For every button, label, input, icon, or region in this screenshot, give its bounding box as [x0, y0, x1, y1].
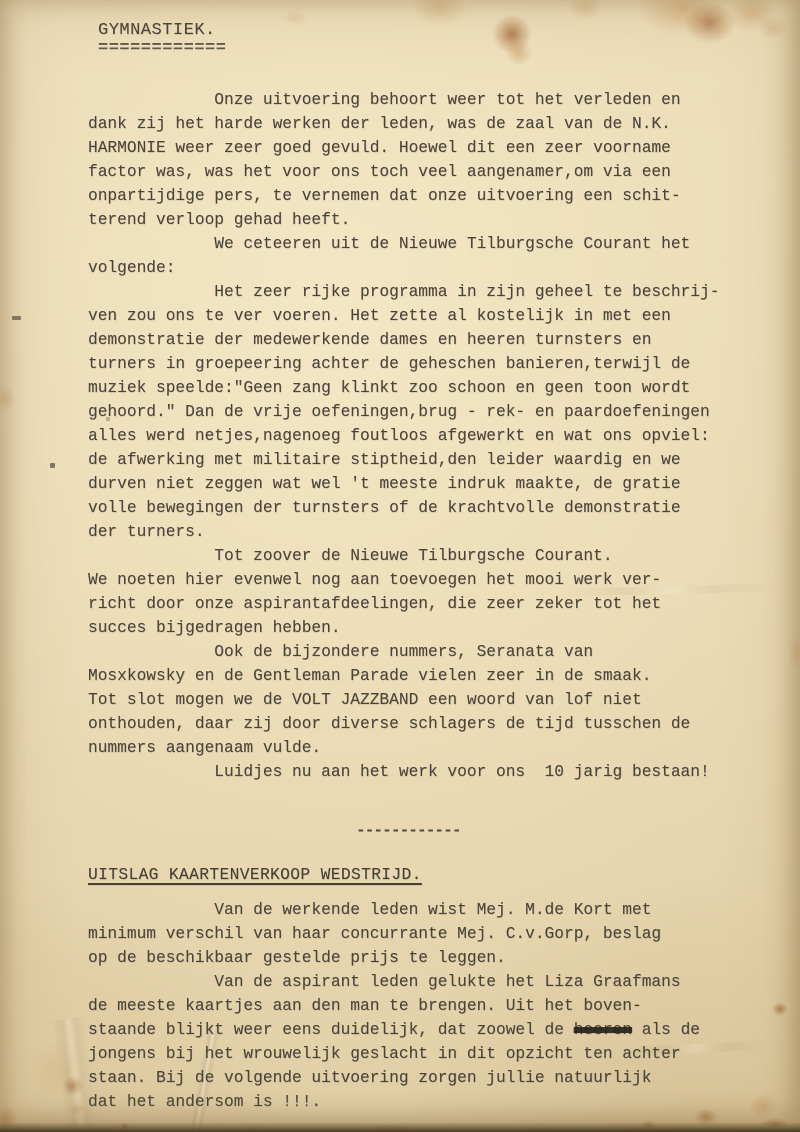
stain-mark: [760, 1118, 790, 1130]
scanned-document: { "document": { "section1": { "title": "…: [0, 0, 800, 1132]
section-divider: ------------: [356, 822, 461, 840]
stain-mark: [240, 1122, 270, 1130]
stain-mark: [360, 1124, 420, 1132]
section2-title: UITSLAG KAARTENVERKOOP WEDSTRIJD.: [88, 866, 422, 884]
text-line: ven zou ons te ver voeren. Het zette al …: [88, 304, 719, 328]
text-line: de meeste kaartjes aan den man te brenge…: [88, 994, 700, 1018]
stain-mark: [30, 1040, 80, 1100]
text-line: staan. Bij de volgende uitvoering zorgen…: [88, 1066, 700, 1090]
text-line: Het zeer rijke programma in zijn geheel …: [88, 280, 719, 304]
stain-mark: [0, 1105, 18, 1132]
stain-mark: [62, 1076, 84, 1096]
stain-mark: [505, 40, 533, 66]
text-line: terend verloop gehad heeft.: [88, 208, 719, 232]
text-line: jongens bij het wrouwelijk geslacht in d…: [88, 1042, 700, 1066]
text-line: HARMONIE weer zeer goed gevuld. Hoewel d…: [88, 136, 719, 160]
text-line: Van de werkende leden wist Mej. M.de Kor…: [88, 898, 700, 922]
text-line: We ceteeren uit de Nieuwe Tilburgsche Co…: [88, 232, 719, 256]
text-line: durven niet zeggen wat wel 't meeste ind…: [88, 472, 719, 496]
text-line: gehoord." Dan de vrije oefeningen,brug -…: [88, 400, 719, 424]
dirt-mark: [12, 316, 21, 320]
stain-mark: [788, 636, 800, 670]
text-line: We noeten hier evenwel nog aan toevoegen…: [88, 568, 719, 592]
paper-bottom-edge: [0, 1122, 800, 1132]
stain-mark: [120, 1122, 130, 1130]
dirt-mark: [50, 463, 55, 468]
stain-mark: [492, 14, 532, 54]
text-line: alles werd netjes,nagenoeg foutloos afge…: [88, 424, 719, 448]
text-line: Tot slot mogen we de VOLT JAZZBAND een w…: [88, 688, 719, 712]
text-line: demonstratie der medewerkende dames en h…: [88, 328, 719, 352]
stain-mark: [684, 2, 736, 44]
text-line: Luidjes nu aan het werk voor ons 10 jari…: [88, 760, 719, 784]
text-line: dank zij het harde werken der leden, was…: [88, 112, 719, 136]
stain-mark: [412, 0, 467, 26]
text-line: factor was, was het voor ons toch veel a…: [88, 160, 719, 184]
text-line: der turners.: [88, 520, 719, 544]
stain-mark: [0, 386, 16, 412]
text-line: Mosxkowsky en de Gentleman Parade vielen…: [88, 664, 719, 688]
stain-mark: [640, 1120, 656, 1130]
text-line: staande blijkt weer eens duidelijk, dat …: [88, 1018, 700, 1042]
stain-mark: [70, 1102, 86, 1116]
text-line: de afwerking met militaire stiptheid,den…: [88, 448, 719, 472]
section1-body: Onze uitvoering behoort weer tot het ver…: [88, 88, 719, 784]
text-line: minimum verschil van haar concurrante Me…: [88, 922, 700, 946]
struck-word: heeren: [574, 1021, 632, 1039]
stain-mark: [282, 10, 308, 26]
text-line: volle bewegingen der turnsters of de kra…: [88, 496, 719, 520]
stain-mark: [568, 0, 602, 20]
stain-mark: [726, 0, 778, 32]
text-line: Tot zoover de Nieuwe Tilburgsche Courant…: [88, 544, 719, 568]
text-line: op de beschikbaar gestelde prijs te legg…: [88, 946, 700, 970]
text-line: Van de aspirant leden gelukte het Liza G…: [88, 970, 700, 994]
section2-body: Van de werkende leden wist Mej. M.de Kor…: [88, 898, 700, 1114]
text-line: volgende:: [88, 256, 719, 280]
stain-mark: [758, 16, 788, 40]
stain-mark: [638, 0, 728, 36]
text-line: Onze uitvoering behoort weer tot het ver…: [88, 88, 719, 112]
text-line: Ook de bijzondere nummers, Seranata van: [88, 640, 719, 664]
text-line: onthouden, daar zij door diverse schlage…: [88, 712, 719, 736]
text-line: muziek speelde:"Geen zang klinkt zoo sch…: [88, 376, 719, 400]
text-line: nummers aangenaam vulde.: [88, 736, 719, 760]
section1-title-underline: ============: [98, 42, 226, 56]
paper-sheet: GYMNASTIEK. ============ Onze uitvoering…: [0, 0, 800, 1132]
text-line: onpartijdige pers, te vernemen dat onze …: [88, 184, 719, 208]
text-line: succes bijgedragen hebben.: [88, 616, 719, 640]
text-line: richt door onze aspirantafdeelingen, die…: [88, 592, 719, 616]
stain-mark: [772, 1002, 788, 1016]
text-line: turners in groepeering achter de gehesch…: [88, 352, 719, 376]
text-line: dat het andersom is !!!.: [88, 1090, 700, 1114]
stain-mark: [748, 1094, 778, 1118]
